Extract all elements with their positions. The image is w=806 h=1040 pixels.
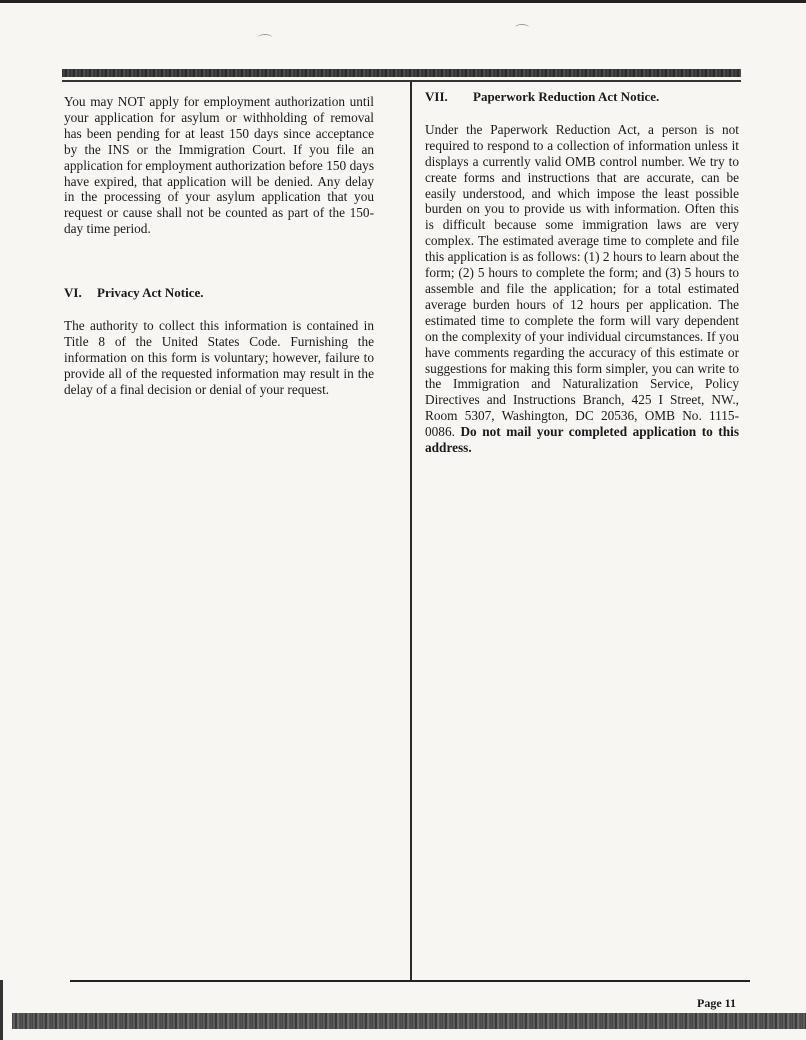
- employment-authorization-paragraph: You may NOT apply for employment authori…: [64, 94, 374, 237]
- header-rule: [62, 80, 741, 82]
- paperwork-reduction-body: Under the Paperwork Reduction Act, a per…: [425, 122, 739, 439]
- section-vii-heading: VII. Paperwork Reduction Act Notice.: [425, 89, 739, 105]
- section-vi-heading: VI. Privacy Act Notice.: [64, 285, 374, 301]
- paperwork-reduction-paragraph: Under the Paperwork Reduction Act, a per…: [425, 122, 739, 456]
- section-vii-number: VII.: [425, 89, 473, 105]
- scan-edge-top: [0, 0, 806, 3]
- left-column: You may NOT apply for employment authori…: [64, 94, 374, 398]
- footer-bar: [12, 1013, 806, 1029]
- do-not-mail-warning: Do not mail your completed application t…: [425, 424, 739, 455]
- footer-rule: [70, 980, 750, 982]
- header-bar: [62, 69, 741, 77]
- privacy-act-paragraph: The authority to collect this informatio…: [64, 318, 374, 398]
- section-vi-title: Privacy Act Notice.: [97, 285, 203, 301]
- scan-artifact: [515, 24, 529, 31]
- right-column: VII. Paperwork Reduction Act Notice. Und…: [425, 89, 739, 456]
- section-vi-number: VI.: [64, 285, 97, 301]
- page-number: Page 11: [697, 996, 736, 1011]
- scan-artifact: [258, 34, 272, 41]
- section-vii-title: Paperwork Reduction Act Notice.: [473, 89, 659, 105]
- column-divider: [410, 82, 412, 981]
- scan-edge-left: [0, 980, 3, 1040]
